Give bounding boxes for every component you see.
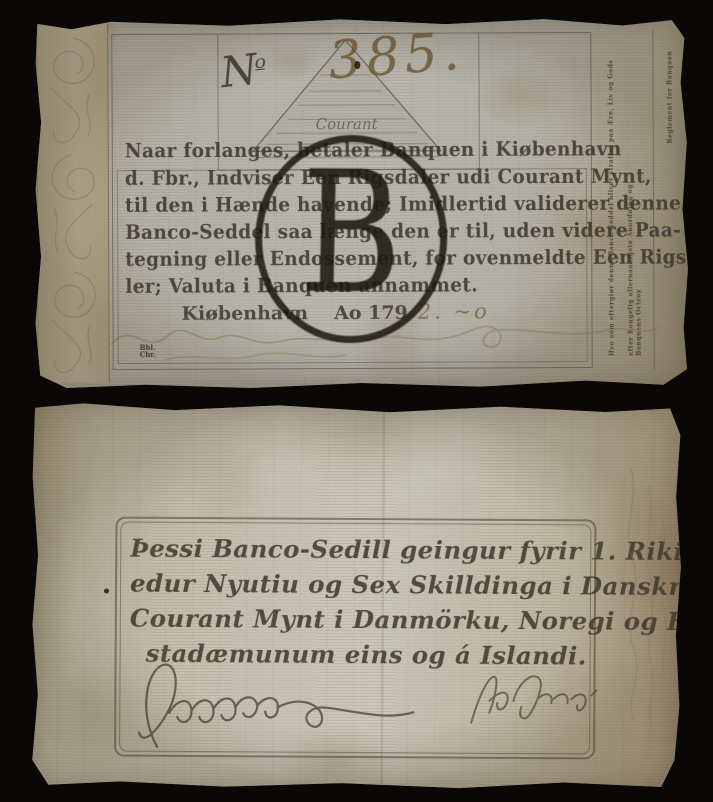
ink-speck	[354, 61, 360, 69]
ornamental-border	[36, 24, 110, 382]
serial-number: 385.	[326, 22, 466, 92]
marginal-fine-print: Reglement for Banquen	[666, 26, 675, 144]
banknote-reverse: Þessi Banco-Sedill geingur fyrir 1. Riki…	[29, 400, 683, 791]
margin-scribbles	[609, 459, 673, 749]
pyramid-word: Courant	[316, 115, 379, 133]
stamp-letter: B	[299, 149, 404, 317]
banknote-obverse: No Courant 385. Naar forlanges, betaler …	[32, 16, 690, 391]
ink-speck	[104, 588, 109, 593]
signature-right	[453, 655, 606, 750]
signature-left	[117, 649, 430, 769]
text-line: edur Nyutiu og Sex Skilldinga i Danskri	[130, 566, 578, 604]
text-line: Courant Mynt i Danmörku, Noregi og Fyr-	[130, 601, 578, 639]
scrollwork-pattern	[37, 24, 109, 382]
text-line: Þessi Banco-Sedill geingur fyrir 1. Riki…	[130, 531, 578, 569]
